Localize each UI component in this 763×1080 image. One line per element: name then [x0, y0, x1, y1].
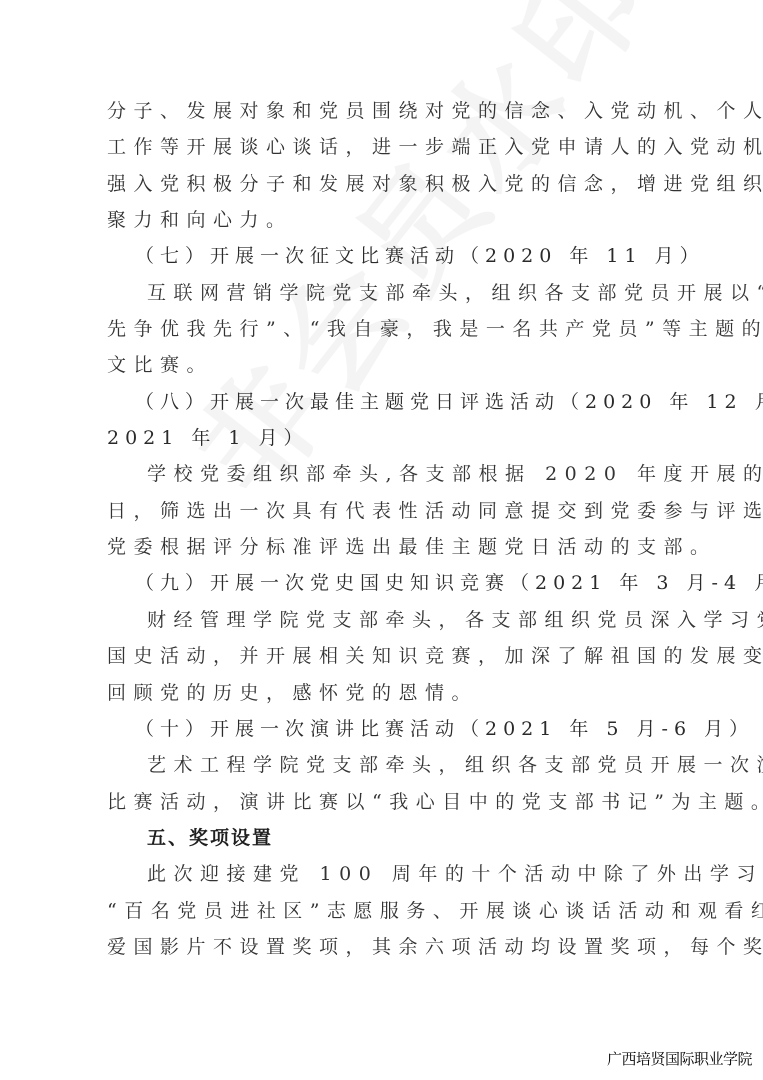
subheading-9: （九）开展一次党史国史知识竞赛（2021 年 3 月-4 月月） — [107, 565, 659, 601]
paragraph-line: 工作等开展谈心谈话，进一步端正入党申请人的入党动机，增 — [107, 129, 659, 165]
paragraph-line: 强入党积极分子和发展对象积极入党的信念，增进党组织的凝 — [107, 166, 659, 202]
paragraph-line: 回顾党的历史，感怀党的恩情。 — [107, 675, 659, 711]
paragraph-line: 聚力和向心力。 — [107, 202, 659, 238]
paragraph-line: 国史活动，并开展相关知识竞赛，加深了解祖国的发展变化， — [107, 638, 659, 674]
footer-institution-name: 广西培贤国际职业学院 — [607, 1048, 752, 1069]
paragraph-line: 艺术工程学院党支部牵头，组织各支部党员开展一次演讲 — [107, 747, 659, 783]
paragraph-line: 日，筛选出一次具有代表性活动同意提交到党委参与评选，由 — [107, 493, 659, 529]
paragraph-line: 互联网营销学院党支部牵头，组织各支部党员开展以“创 — [107, 275, 659, 311]
subheading-8-continued: 2021 年 1 月） — [107, 420, 659, 456]
paragraph-line: 文比赛。 — [107, 347, 659, 383]
subheading-7: （七）开展一次征文比赛活动（2020 年 11 月） — [107, 238, 659, 274]
section-heading-awards: 五、奖项设置 — [107, 820, 659, 856]
paragraph-line: 此次迎接建党 100 周年的十个活动中除了外出学习交流、 — [107, 856, 659, 892]
paragraph-line: 党委根据评分标准评选出最佳主题党日活动的支部。 — [107, 529, 659, 565]
paragraph-line: 分子、发展对象和党员围绕对党的信念、入党动机、个人思想 — [107, 93, 659, 129]
paragraph-line: 爱国影片不设置奖项，其余六项活动均设置奖项，每个奖项中 — [107, 929, 659, 965]
paragraph-line: 先争优我先行”、“我自豪，我是一名共产党员”等主题的征 — [107, 311, 659, 347]
subheading-8: （八）开展一次最佳主题党日评选活动（2020 年 12 月至 — [107, 384, 659, 420]
paragraph-line: 比赛活动，演讲比赛以“我心目中的党支部书记”为主题。 — [107, 784, 659, 820]
paragraph-line: 学校党委组织部牵头,各支部根据 2020 年度开展的主题党 — [107, 456, 659, 492]
document-body: 分子、发展对象和党员围绕对党的信念、入党动机、个人思想 工作等开展谈心谈话，进一… — [107, 93, 659, 965]
document-page: 非会员水印 分子、发展对象和党员围绕对党的信念、入党动机、个人思想 工作等开展谈… — [0, 0, 763, 1080]
paragraph-line: 财经管理学院党支部牵头，各支部组织党员深入学习党史 — [107, 602, 659, 638]
subheading-10: （十）开展一次演讲比赛活动（2021 年 5 月-6 月） — [107, 711, 659, 747]
paragraph-line: “百名党员进社区”志愿服务、开展谈心谈话活动和观看红色、 — [107, 893, 659, 929]
